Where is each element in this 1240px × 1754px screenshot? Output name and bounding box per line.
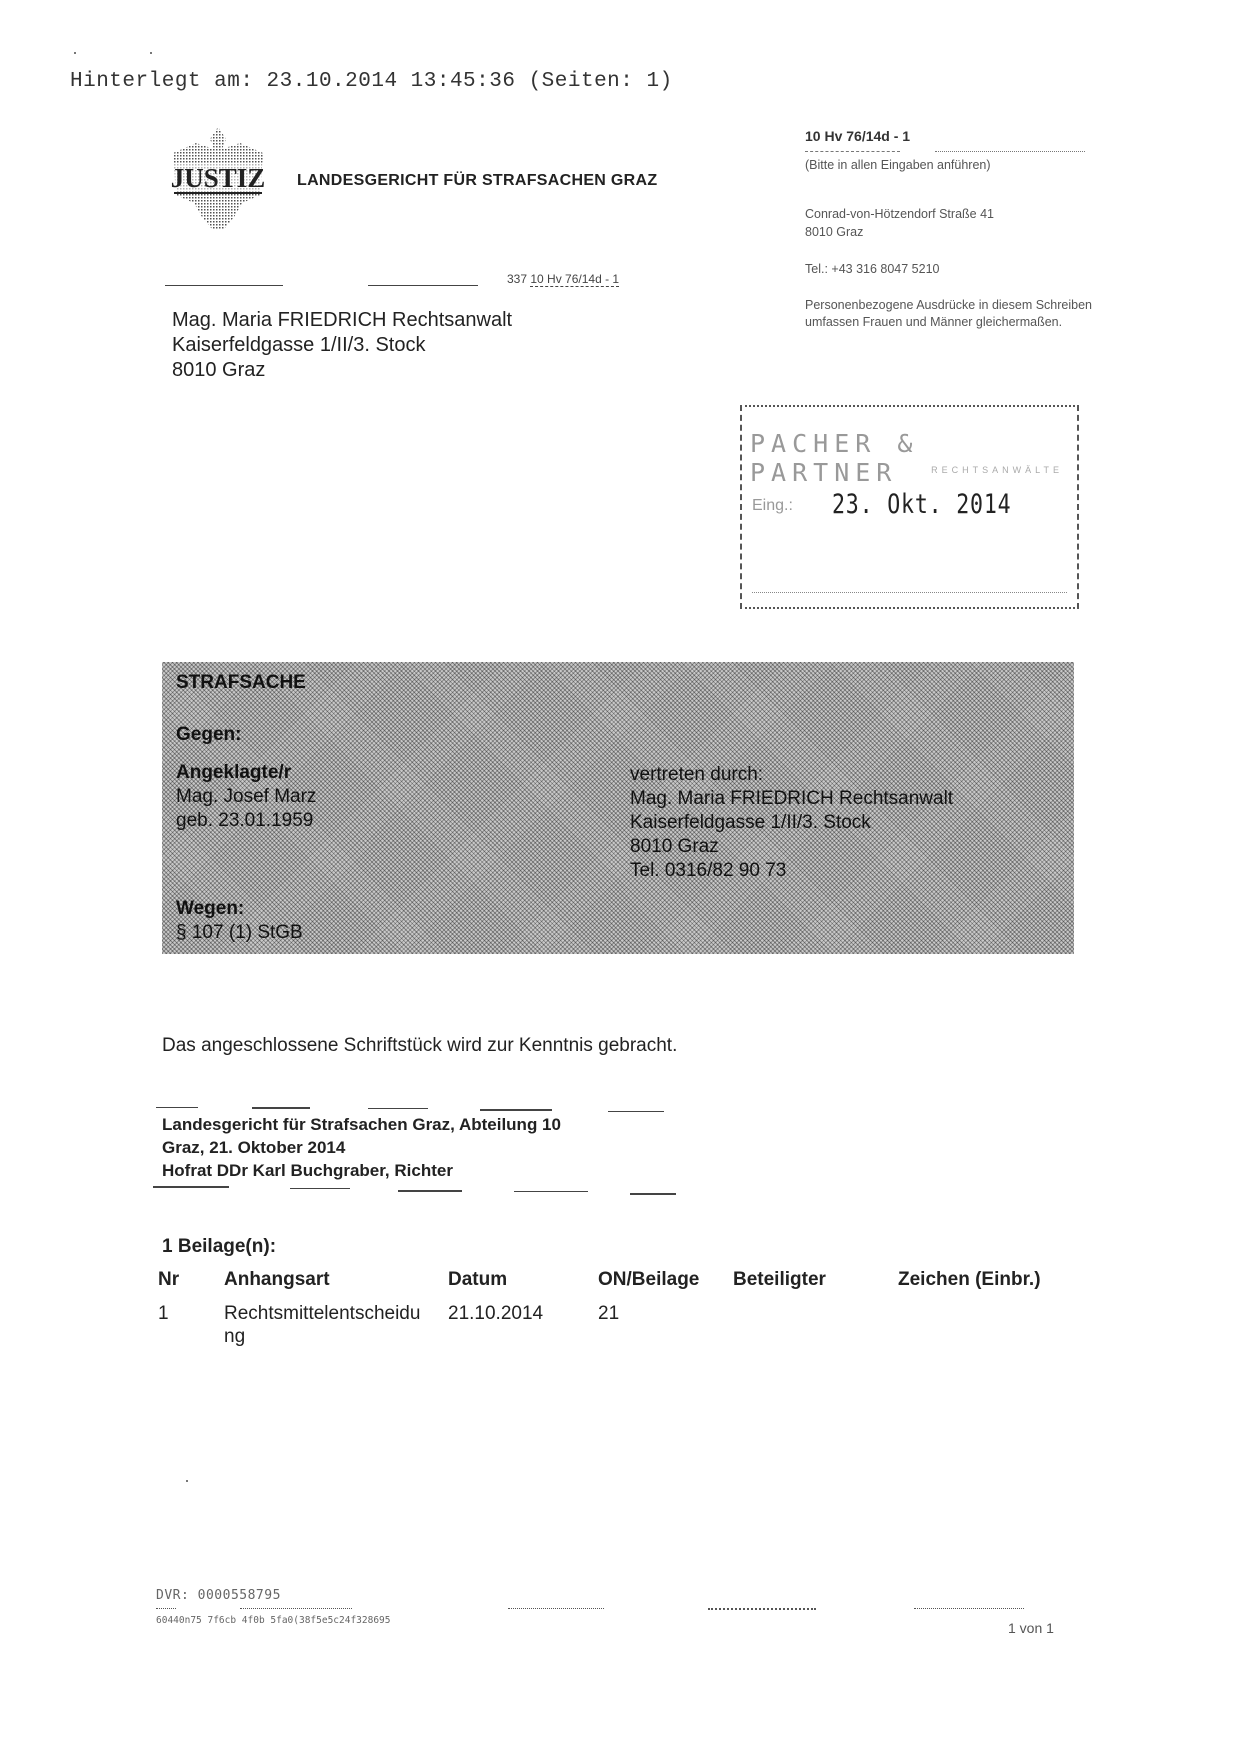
signature-date: Graz, 21. Oktober 2014	[162, 1136, 561, 1159]
scan-speck	[74, 52, 76, 54]
stamp-date: 23. Okt. 2014	[832, 489, 1011, 520]
counsel-street: Kaiserfeldgasse 1/II/3. Stock	[630, 812, 871, 834]
divider	[153, 1186, 229, 1188]
divider	[914, 1608, 1024, 1609]
divider	[156, 1107, 198, 1108]
cell-nr: 1	[158, 1298, 224, 1352]
case-details-box: STRAFSACHE Gegen: Angeklagte/r Mag. Jose…	[162, 662, 1074, 954]
divider	[156, 1608, 176, 1609]
divider	[165, 285, 283, 286]
stamp-subtitle: RECHTSANWÄLTE	[931, 465, 1063, 475]
recipient-name: Mag. Maria FRIEDRICH Rechtsanwalt	[172, 308, 512, 333]
divider	[935, 151, 1085, 152]
justiz-logo: JUSTIZ	[168, 125, 268, 230]
gender-note: Personenbezogene Ausdrücke in diesem Sch…	[805, 297, 1105, 331]
counsel-phone: Tel. 0316/82 90 73	[630, 860, 786, 882]
divider	[708, 1608, 816, 1610]
signature-judge: Hofrat DDr Karl Buchgraber, Richter	[162, 1159, 561, 1182]
signature-court: Landesgericht für Strafsachen Graz, Abte…	[162, 1113, 561, 1136]
cell-mark	[898, 1298, 1068, 1352]
court-city: 8010 Graz	[805, 225, 863, 239]
because-label: Wegen:	[176, 898, 244, 920]
received-stamp: PACHER & PARTNER RECHTSANWÄLTE Eing.: 23…	[740, 405, 1079, 609]
cell-type: Rechtsmittelentscheidung	[224, 1298, 448, 1352]
recipient-city: 8010 Graz	[172, 358, 512, 383]
filing-timestamp: Hinterlegt am: 23.10.2014 13:45:36 (Seit…	[70, 70, 673, 93]
divider	[368, 285, 478, 286]
page-indicator: 1 von 1	[1008, 1620, 1054, 1636]
recipient-street: Kaiserfeldgasse 1/II/3. Stock	[172, 333, 512, 358]
cell-date: 21.10.2014	[448, 1298, 598, 1352]
divider	[398, 1190, 462, 1192]
column-header: Nr	[158, 1262, 224, 1298]
divider	[805, 151, 900, 152]
court-street: Conrad-von-Hötzendorf Straße 41	[805, 207, 994, 221]
divider	[240, 1608, 352, 1609]
recipient-address: Mag. Maria FRIEDRICH Rechtsanwalt Kaiser…	[172, 308, 512, 383]
enclosures-title: 1 Beilage(n):	[162, 1236, 276, 1258]
enclosures-table: Nr Anhangsart Datum ON/Beilage Beteiligt…	[158, 1262, 1068, 1352]
defendant-name: Mag. Josef Marz	[176, 786, 316, 808]
divider	[608, 1111, 664, 1112]
column-header: Anhangsart	[224, 1262, 448, 1298]
divider	[252, 1107, 310, 1109]
column-header: Beteiligter	[733, 1262, 898, 1298]
internal-reference: 337 10 Hv 76/14d - 1	[507, 272, 619, 286]
defendant-birth: geb. 23.01.1959	[176, 810, 313, 832]
stamp-divider	[752, 592, 1067, 593]
document-code: 60440n75 7f6cb 4f0b 5fa0(38f5e5c24f32869…	[156, 1615, 391, 1626]
scan-speck	[150, 52, 152, 54]
column-header: Zeichen (Einbr.)	[898, 1262, 1068, 1298]
column-header: Datum	[448, 1262, 598, 1298]
counsel-name: Mag. Maria FRIEDRICH Rechtsanwalt	[630, 788, 953, 810]
dvr-number: DVR: 0000558795	[156, 1588, 281, 1603]
stamp-label: Eing.:	[752, 497, 793, 515]
represented-label: vertreten durch:	[630, 764, 763, 786]
case-heading: STRAFSACHE	[176, 672, 306, 694]
divider	[368, 1108, 428, 1109]
defendant-label: Angeklagte/r	[176, 762, 291, 784]
court-phone: Tel.: +43 316 8047 5210	[805, 262, 940, 276]
stamp-firm-name: PACHER & PARTNER	[750, 429, 1077, 487]
eagle-emblem-icon: JUSTIZ	[168, 125, 268, 230]
reference-hint: (Bitte in allen Eingaben anführen)	[805, 158, 991, 172]
signature-block: Landesgericht für Strafsachen Graz, Abte…	[162, 1113, 561, 1182]
cell-on: 21	[598, 1298, 733, 1352]
divider	[290, 1188, 350, 1189]
table-header-row: Nr Anhangsart Datum ON/Beilage Beteiligt…	[158, 1262, 1068, 1298]
divider	[514, 1191, 588, 1192]
divider	[630, 1193, 676, 1195]
table-row: 1 Rechtsmittelentscheidung 21.10.2014 21	[158, 1298, 1068, 1352]
notice-text: Das angeschlossene Schriftstück wird zur…	[162, 1035, 677, 1057]
counsel-city: 8010 Graz	[630, 836, 719, 858]
court-name: LANDESGERICHT FÜR STRAFSACHEN GRAZ	[297, 172, 657, 190]
cell-party	[733, 1298, 898, 1352]
divider	[508, 1608, 604, 1609]
column-header: ON/Beilage	[598, 1262, 733, 1298]
svg-text:JUSTIZ: JUSTIZ	[171, 163, 266, 193]
charge: § 107 (1) StGB	[176, 922, 303, 944]
scan-speck	[186, 1480, 188, 1482]
case-reference: 10 Hv 76/14d - 1	[805, 128, 910, 144]
against-label: Gegen:	[176, 724, 241, 746]
divider	[480, 1109, 552, 1111]
